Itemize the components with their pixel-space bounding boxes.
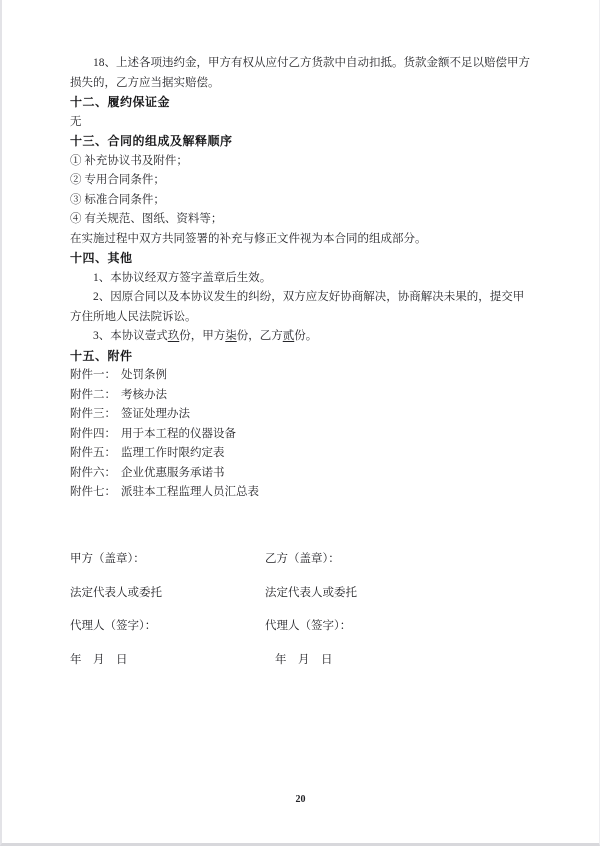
attachment-item-3: 附件三：签证处理办法 (70, 405, 535, 425)
section-15-heading: 十五、附件 (70, 347, 535, 367)
copies-total-underlined: 玖 (168, 330, 180, 342)
party-a-agent-sign-line: 代理人（签字）： (70, 615, 265, 637)
signature-block: 甲方（盖章）： 法定代表人或委托 代理人（签字）： 年 月 日 乙方（盖章）： … (70, 537, 535, 683)
attachment-item-2: 附件二：考核办法 (70, 386, 535, 406)
attachment-title: 监理工作时限约定表 (121, 447, 225, 459)
party-a-seal-line: 甲方（盖章）： (70, 548, 265, 570)
party-a-signature-column: 甲方（盖章）： 法定代表人或委托 代理人（签字）： 年 月 日 (70, 537, 265, 683)
attachment-title: 企业优惠服务承诺书 (121, 467, 225, 479)
copies-party-b-underlined: 贰 (283, 330, 295, 342)
attachment-label: 附件四： (70, 428, 116, 440)
attachment-title: 处罚条例 (121, 369, 167, 381)
copies-clause-text: 份，甲方 (179, 330, 225, 342)
attachment-title: 用于本工程的仪器设备 (121, 428, 236, 440)
attachment-label: 附件六： (70, 467, 116, 479)
attachment-item-6: 附件六：企业优惠服务承诺书 (70, 464, 535, 484)
page-number: 20 (2, 794, 599, 805)
section-13-heading: 十三、合同的组成及解释顺序 (70, 132, 535, 152)
party-b-date-line: 年 月 日 (265, 649, 460, 671)
party-b-representative-line: 法定代表人或委托 (265, 582, 460, 604)
attachment-label: 附件七： (70, 486, 116, 498)
copies-clause-text: 3、本协议壹式 (93, 330, 168, 342)
party-a-representative-line: 法定代表人或委托 (70, 582, 265, 604)
effectiveness-clause: 1、本协议经双方签字盖章后生效。 (70, 269, 535, 289)
copies-clause-text: 份。 (294, 330, 317, 342)
copies-clause-text: 份，乙方 (237, 330, 283, 342)
contract-component-item-2: ② 专用合同条件； (70, 171, 535, 191)
interpretation-note: 在实施过程中双方共同签署的补充与修正文件视为本合同的组成部分。 (70, 230, 535, 250)
attachment-title: 签证处理办法 (121, 408, 190, 420)
contract-component-item-3: ③ 标准合同条件； (70, 191, 535, 211)
party-a-date-line: 年 月 日 (70, 649, 265, 671)
party-b-signature-column: 乙方（盖章）： 法定代表人或委托 代理人（签字）： 年 月 日 (265, 537, 460, 683)
section-12-heading: 十二、履约保证金 (70, 93, 535, 113)
attachment-label: 附件五： (70, 447, 116, 459)
clause-18-paragraph: 18、上述各项违约金，甲方有权从应付乙方货款中自动扣抵。货款金额不足以赔偿甲方损… (70, 54, 535, 93)
section-14-heading: 十四、其他 (70, 249, 535, 269)
attachment-label: 附件二： (70, 389, 116, 401)
contract-component-item-4: ④ 有关规范、图纸、资料等； (70, 210, 535, 230)
attachment-title: 派驻本工程监理人员汇总表 (121, 486, 259, 498)
attachment-title: 考核办法 (121, 389, 167, 401)
copies-clause: 3、本协议壹式玖份，甲方柒份，乙方贰份。 (70, 327, 535, 347)
copies-party-a-underlined: 柒 (225, 330, 237, 342)
attachment-item-4: 附件四：用于本工程的仪器设备 (70, 425, 535, 445)
attachment-label: 附件三： (70, 408, 116, 420)
attachment-item-5: 附件五：监理工作时限约定表 (70, 444, 535, 464)
attachment-item-7: 附件七：派驻本工程监理人员汇总表 (70, 483, 535, 503)
attachment-label: 附件一： (70, 369, 116, 381)
contract-document-page: 18、上述各项违约金，甲方有权从应付乙方货款中自动扣抵。货款金额不足以赔偿甲方损… (0, 0, 600, 846)
document-body: 18、上述各项违约金，甲方有权从应付乙方货款中自动扣抵。货款金额不足以赔偿甲方损… (70, 54, 535, 503)
party-b-seal-line: 乙方（盖章）： (265, 548, 460, 570)
party-b-agent-sign-line: 代理人（签字）： (265, 615, 460, 637)
attachment-item-1: 附件一：处罚条例 (70, 366, 535, 386)
contract-component-item-1: ① 补充协议书及附件； (70, 152, 535, 172)
dispute-resolution-clause: 2、因原合同以及本协议发生的纠纷，双方应友好协商解决，协商解决未果的，提交甲方住… (70, 288, 535, 327)
performance-bond-value: 无 (70, 113, 535, 133)
